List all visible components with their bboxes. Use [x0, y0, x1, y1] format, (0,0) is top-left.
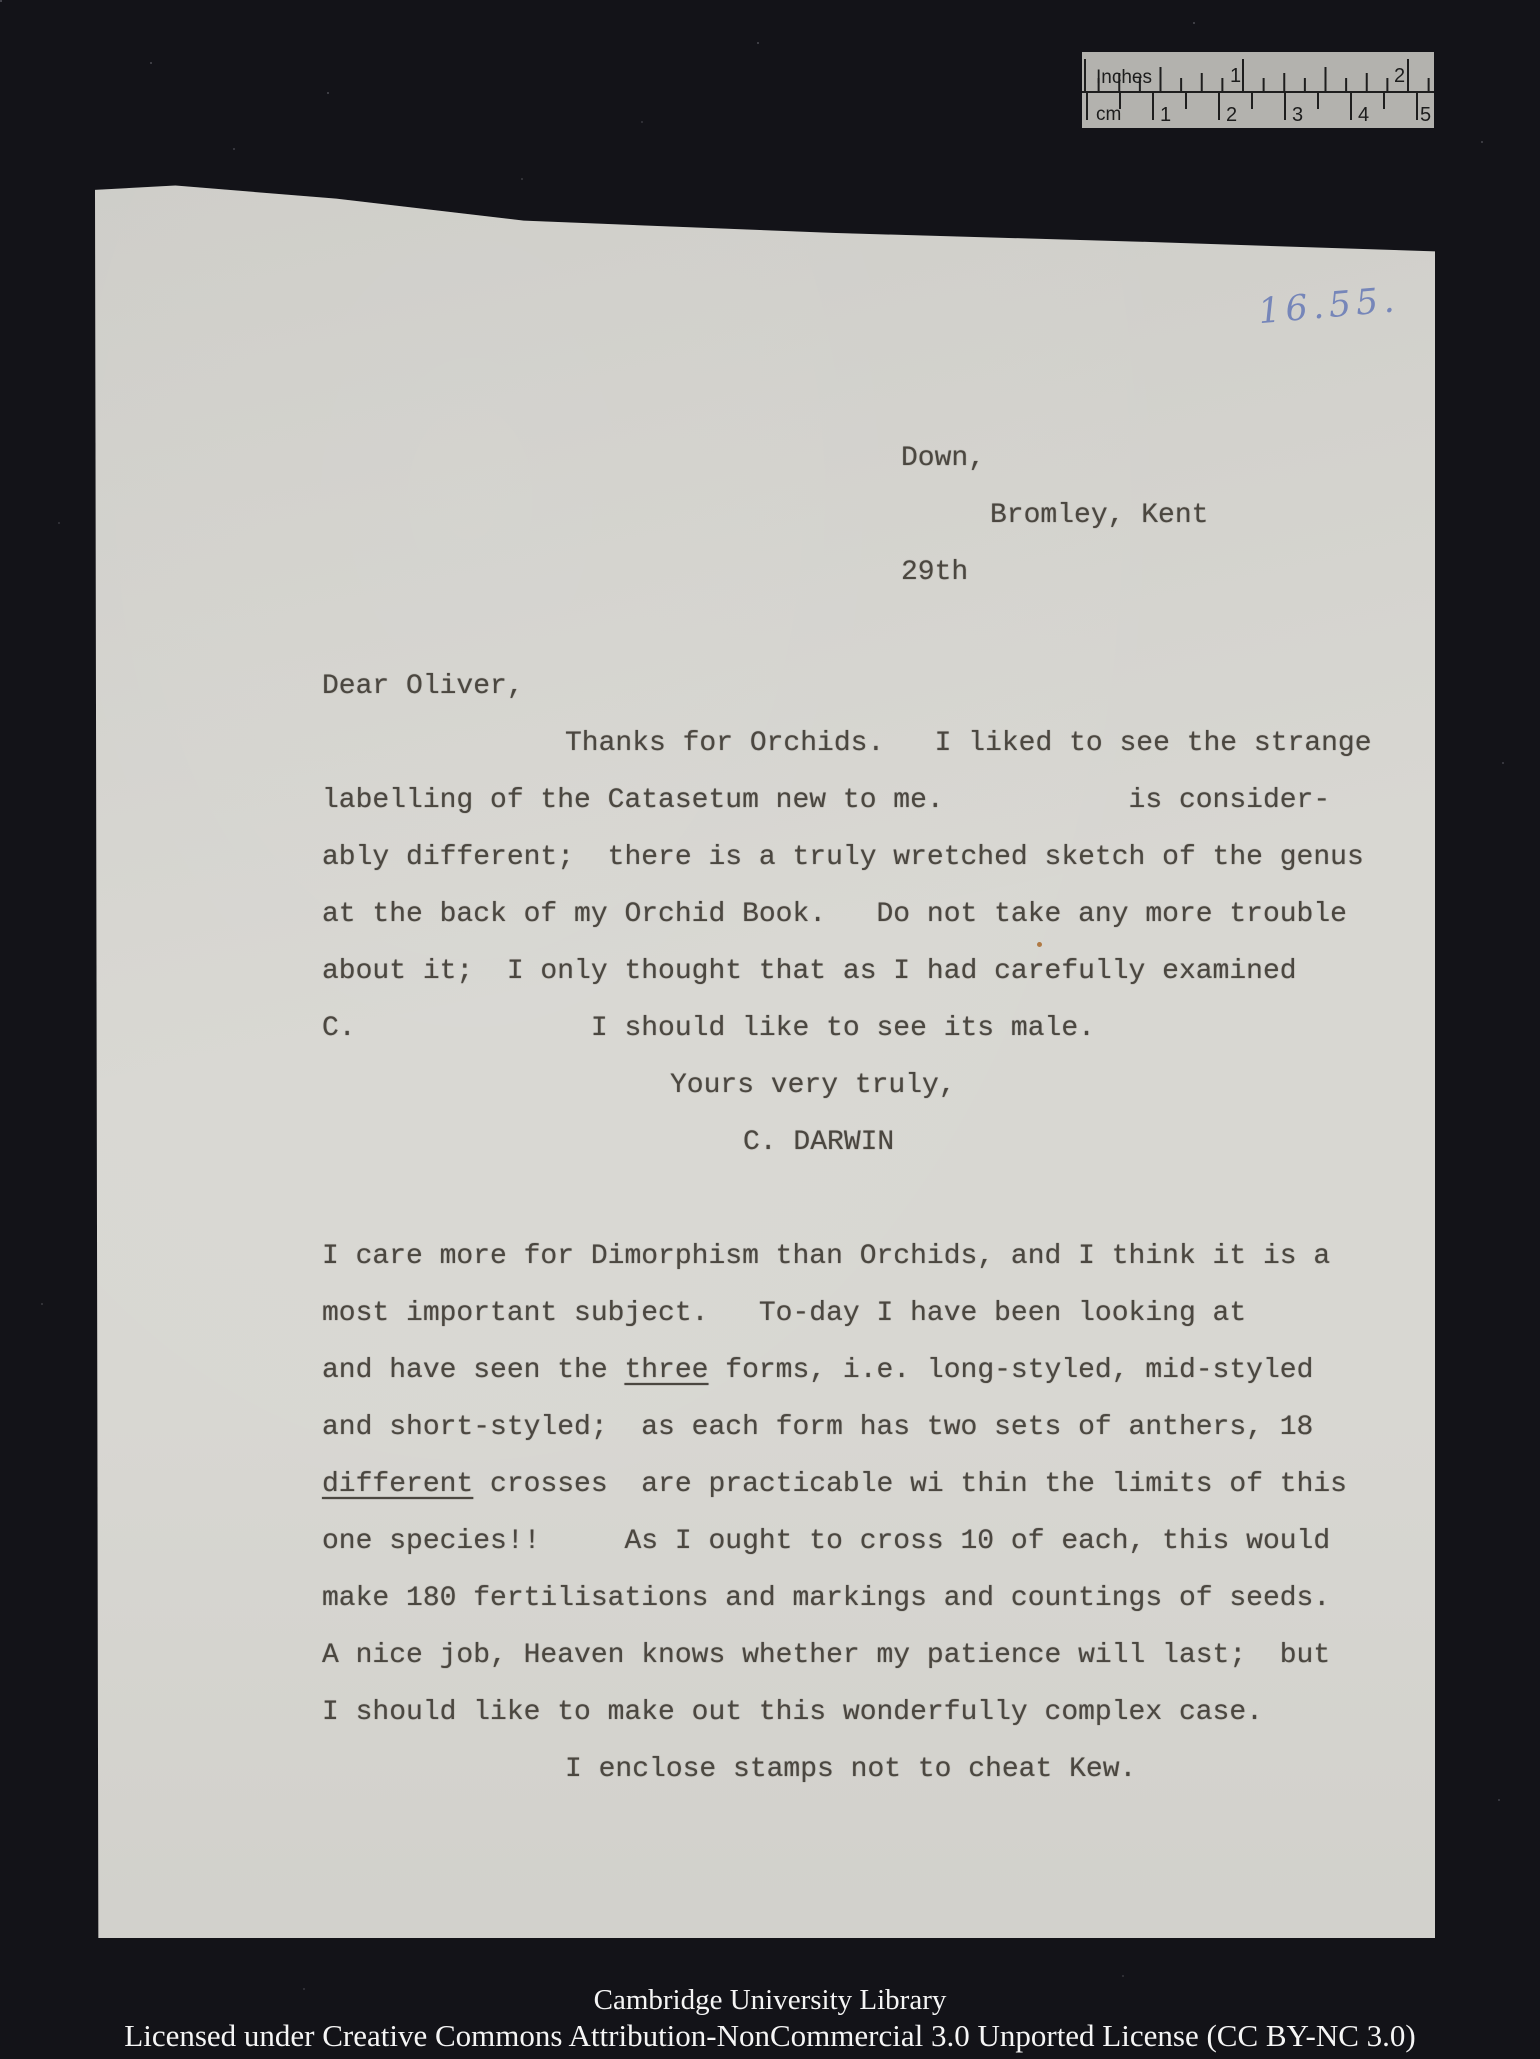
letter-line: about it; I only thought that as I had c… [322, 943, 1297, 1000]
letter-line: I care more for Dimorphism than Orchids,… [322, 1228, 1330, 1285]
ruler-cm-number-4: 4 [1358, 104, 1369, 126]
ruler-cm-label: cm [1096, 104, 1121, 125]
line-text: ably different; there is a truly wretche… [322, 842, 1364, 873]
line-text: and have seen the [322, 1355, 624, 1386]
underlined-word: different [322, 1469, 473, 1500]
line-text: and short-styled; as each form has two s… [322, 1412, 1313, 1443]
letter-line: I enclose stamps not to cheat Kew. [565, 1741, 1136, 1798]
line-text: labelling of the Catasetum new to me. is… [322, 785, 1330, 816]
letter-line: Thanks for Orchids. I liked to see the s… [565, 715, 1372, 772]
ruler-inch-number-2: 2 [1394, 65, 1405, 87]
measurement-ruler: Inches 1 2 cm 1 2 3 4 5 [1082, 52, 1434, 128]
ruler-inch-number-1: 1 [1230, 65, 1241, 87]
footer-library-name: Cambridge University Library [0, 1984, 1540, 2017]
letter-line: at the back of my Orchid Book. Do not ta… [322, 886, 1347, 943]
letter-line: and have seen the three forms, i.e. long… [322, 1342, 1313, 1399]
letter-line: most important subject. To-day I have be… [322, 1285, 1246, 1342]
line-text: C. DARWIN [743, 1127, 894, 1158]
line-text: 29th [901, 557, 968, 588]
line-text: C. I should like to see its male. [322, 1013, 1095, 1044]
letter-line: I should like to make out this wonderful… [322, 1684, 1263, 1741]
letter-line: and short-styled; as each form has two s… [322, 1399, 1313, 1456]
footer-license-text: Licensed under Creative Commons Attribut… [0, 2018, 1540, 2054]
letter-page: Down,Bromley, Kent29thDear Oliver,Thanks… [95, 182, 1435, 1938]
ruler-cm-number-1: 1 [1160, 104, 1171, 126]
letter-line: 29th [901, 544, 968, 601]
letter-line: C. I should like to see its male. [322, 1000, 1095, 1057]
line-text: crosses are practicable wi thin the limi… [473, 1469, 1347, 1500]
scan-background: { "annotation": { "text": "16.55." }, "r… [0, 0, 1540, 2059]
line-text: one species!! As I ought to cross 10 of … [322, 1526, 1330, 1557]
line-text: I care more for Dimorphism than Orchids,… [322, 1241, 1330, 1272]
ruler-body [1082, 52, 1434, 128]
letter-line: Bromley, Kent [990, 487, 1208, 544]
letter-line: make 180 fertilisations and markings and… [322, 1570, 1330, 1627]
letter-line: one species!! As I ought to cross 10 of … [322, 1513, 1330, 1570]
underlined-word: three [624, 1355, 708, 1386]
letter-line: Down, [901, 430, 985, 487]
ruler-cm-number-3: 3 [1292, 104, 1303, 126]
line-text: A nice job, Heaven knows whether my pati… [322, 1640, 1330, 1671]
rust-speck [1037, 942, 1042, 947]
line-text: Yours very truly, [670, 1070, 956, 1101]
line-text: forms, i.e. long-styled, mid-styled [708, 1355, 1313, 1386]
ruler-cm-number-2: 2 [1226, 104, 1237, 126]
letter-line: Yours very truly, [670, 1057, 956, 1114]
line-text: I should like to make out this wonderful… [322, 1697, 1263, 1728]
line-text: Down, [901, 443, 985, 474]
line-text: Dear Oliver, [322, 671, 524, 702]
line-text: Bromley, Kent [990, 500, 1208, 531]
ruler-cm-number-5: 5 [1420, 104, 1431, 126]
ruler-inches-label: Inches [1096, 67, 1152, 88]
line-text: most important subject. To-day I have be… [322, 1298, 1246, 1329]
letter-line: labelling of the Catasetum new to me. is… [322, 772, 1330, 829]
line-text: I enclose stamps not to cheat Kew. [565, 1754, 1136, 1785]
letter-line: A nice job, Heaven knows whether my pati… [322, 1627, 1330, 1684]
letter-line: different crosses are practicable wi thi… [322, 1456, 1347, 1513]
letter-lines: Down,Bromley, Kent29thDear Oliver,Thanks… [95, 182, 1435, 1938]
line-text: make 180 fertilisations and markings and… [322, 1583, 1330, 1614]
line-text: about it; I only thought that as I had c… [322, 956, 1297, 987]
letter-line: C. DARWIN [743, 1114, 894, 1171]
letter-line: Dear Oliver, [322, 658, 524, 715]
line-text: at the back of my Orchid Book. Do not ta… [322, 899, 1347, 930]
line-text: Thanks for Orchids. I liked to see the s… [565, 728, 1372, 759]
letter-line: ably different; there is a truly wretche… [322, 829, 1364, 886]
ruler-svg: Inches 1 2 cm 1 2 3 4 5 [1082, 52, 1434, 128]
dust-specks [0, 0, 2, 2]
